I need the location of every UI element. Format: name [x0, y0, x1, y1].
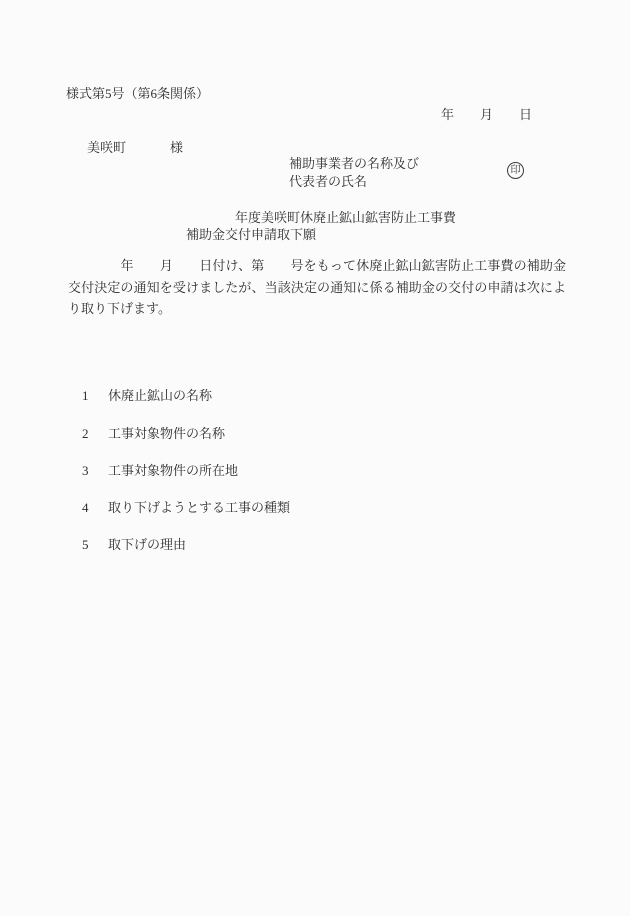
list-item-withdrawal-reason: 5取下げの理由	[69, 518, 186, 569]
list-item-label: 取下げの理由	[108, 537, 186, 552]
list-item-number: 4	[82, 500, 108, 516]
list-item-label: 取り下げようとする工事の種類	[108, 500, 290, 515]
applicant-name-label-line1: 補助事業者の名称及び	[289, 153, 419, 172]
list-item-number: 3	[82, 463, 108, 479]
list-item-label: 工事対象物件の所在地	[108, 463, 238, 478]
seal-icon: 印	[507, 162, 524, 179]
seal-character: 印	[511, 166, 521, 176]
form-number: 様式第5号（第6条関係）	[66, 83, 209, 102]
list-item-label: 休廃止鉱山の名称	[108, 388, 212, 403]
document-title-line2: 補助金交付申請取下願	[186, 224, 316, 243]
list-item-number: 1	[82, 388, 108, 404]
addressee-honorific: 様	[170, 137, 183, 156]
date-blank-line: 年 月 日	[441, 104, 532, 123]
list-item-number: 5	[82, 537, 108, 553]
list-item-number: 2	[82, 426, 108, 442]
applicant-representative-label-line2: 代表者の氏名	[289, 171, 367, 190]
addressee-town: 美咲町	[87, 137, 126, 156]
document-page: 様式第5号（第6条関係） 年 月 日 美咲町 様 補助事業者の名称及び 代表者の…	[0, 0, 630, 916]
body-paragraph: 年 月 日付け、第 号をもって休廃止鉱山鉱害防止工事費の補助金交付決定の通知を受…	[68, 255, 566, 320]
list-item-label: 工事対象物件の名称	[108, 426, 225, 441]
